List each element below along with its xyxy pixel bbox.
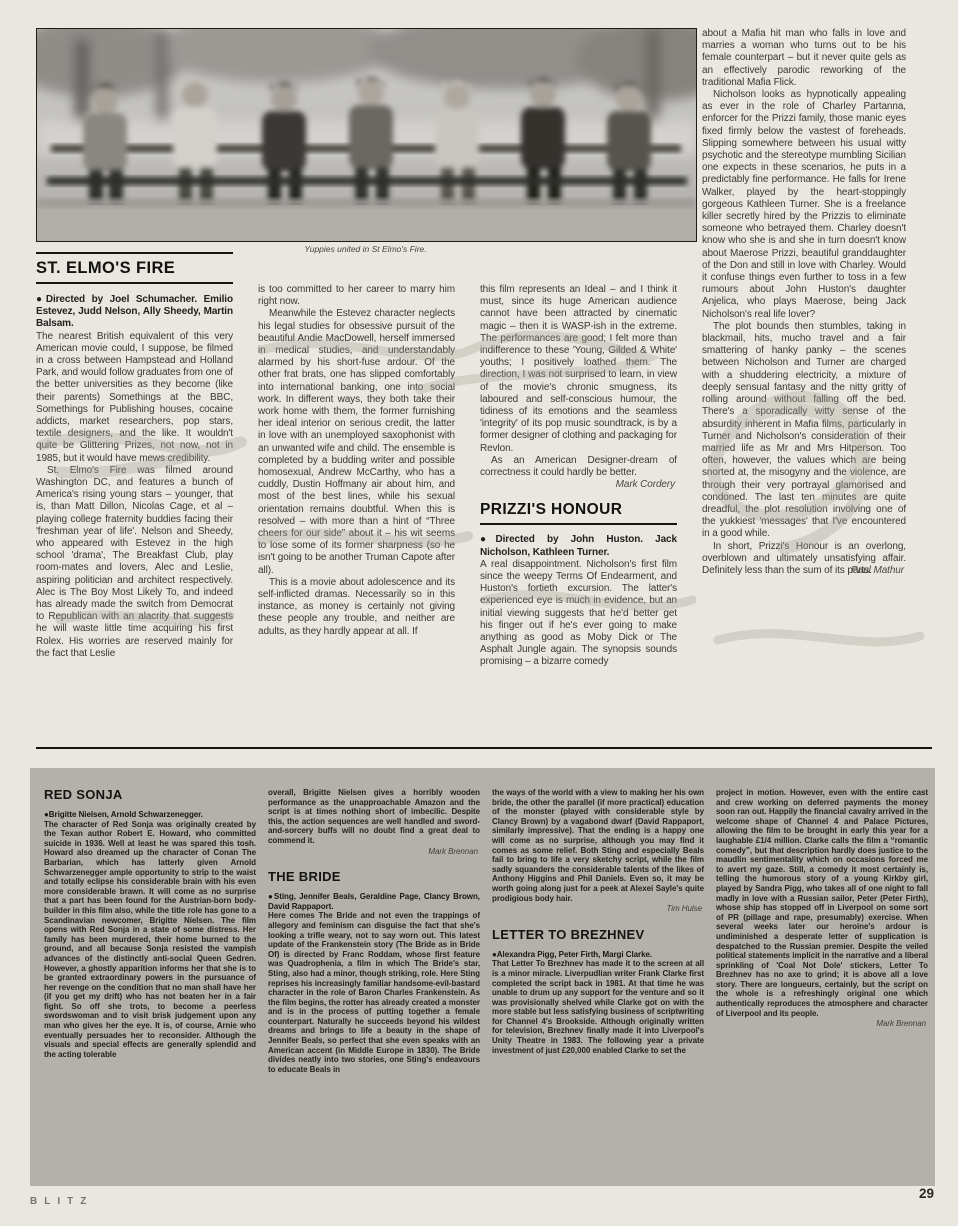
- prizzis-title: PRIZZI'S HONOUR: [480, 501, 677, 518]
- bride-body-col3: the ways of the world with a view to mak…: [492, 788, 704, 903]
- brezhnev-byline: Mark Brennan: [716, 1019, 926, 1029]
- brezhnev-column: the ways of the world with a view to mak…: [492, 788, 704, 1055]
- magazine-brand: BLITZ: [30, 1196, 93, 1207]
- brezhnev-body-col4: project in motion. However, even with th…: [716, 788, 928, 1018]
- st-elmos-byline: Mark Cordery: [480, 479, 675, 491]
- st-elmos-title: ST. ELMO'S FIRE: [36, 259, 233, 277]
- st-elmos-column-2: is too committed to her career to marry …: [258, 284, 455, 638]
- bride-byline: Tim Hulse: [492, 904, 702, 914]
- st-elmos-headline-block: ST. ELMO'S FIRE: [36, 252, 233, 284]
- bride-credits: ●Sting, Jennifer Beals, Geraldine Page, …: [268, 892, 480, 911]
- section-divider-rule: [36, 747, 932, 749]
- red-sonja-body-col2: overall, Brigitte Nielsen gives a horrib…: [268, 788, 480, 846]
- brezhnev-body-col3: That Letter To Brezhnev has made it to t…: [492, 959, 704, 1055]
- st-elmos-column-1: ST. ELMO'S FIRE ●Directed by Joel Schuma…: [36, 252, 233, 660]
- prizzis-body-col3: A real disappointment. Nicholson's first…: [480, 559, 677, 669]
- red-sonja-title: RED SONJA: [44, 788, 256, 802]
- review-panel: RED SONJA ●Brigitte Nielsen, Arnold Schw…: [30, 768, 935, 1186]
- brezhnev-credits: ●Alexandra Pigg, Peter Firth, Margi Clar…: [492, 950, 704, 960]
- column-3: this film represents an Ideal – and I th…: [480, 284, 677, 669]
- bride-body-col2: Here comes The Bride and not even the tr…: [268, 911, 480, 1074]
- prizzis-body-col4: about a Mafia hit man who falls in love …: [702, 28, 906, 577]
- red-sonja-byline: Mark Brennan: [268, 847, 478, 857]
- red-sonja-body-col1: The character of Red Sonja was originall…: [44, 820, 256, 1060]
- bride-title: THE BRIDE: [268, 870, 480, 884]
- prizzis-column-4: about a Mafia hit man who falls in love …: [702, 28, 906, 578]
- bullet-icon: ●: [480, 534, 496, 545]
- brezhnev-column-4: project in motion. However, even with th…: [716, 788, 928, 1029]
- prizzis-credits: ●Directed by John Huston. Jack Nicholson…: [480, 534, 677, 558]
- magazine-page: { "page": { "brand": "BLITZ", "page_numb…: [0, 0, 958, 1226]
- headline-rule-bottom: [36, 282, 233, 284]
- st-elmos-body-col1: The nearest British equivalent of this v…: [36, 331, 233, 660]
- st-elmos-body-col2: is too committed to her career to marry …: [258, 284, 455, 638]
- st-elmos-body-col3: this film represents an Ideal – and I th…: [480, 284, 677, 479]
- bullet-icon: ●: [36, 294, 46, 305]
- prizzis-headline-rule: [480, 523, 677, 525]
- cast-photo-illustration: [37, 29, 696, 241]
- bride-column: overall, Brigitte Nielsen gives a horrib…: [268, 788, 480, 1074]
- brezhnev-title: LETTER TO BREZHNEV: [492, 928, 704, 942]
- red-sonja-credits: ●Brigitte Nielsen, Arnold Schwarzenegger…: [44, 810, 256, 820]
- headline-rule-top: [36, 252, 233, 254]
- red-sonja-column: RED SONJA ●Brigitte Nielsen, Arnold Schw…: [44, 788, 256, 1059]
- st-elmos-credits: ●Directed by Joel Schumacher. Emilio Est…: [36, 294, 233, 331]
- page-number: 29: [919, 1186, 934, 1201]
- cast-photo: [36, 28, 697, 242]
